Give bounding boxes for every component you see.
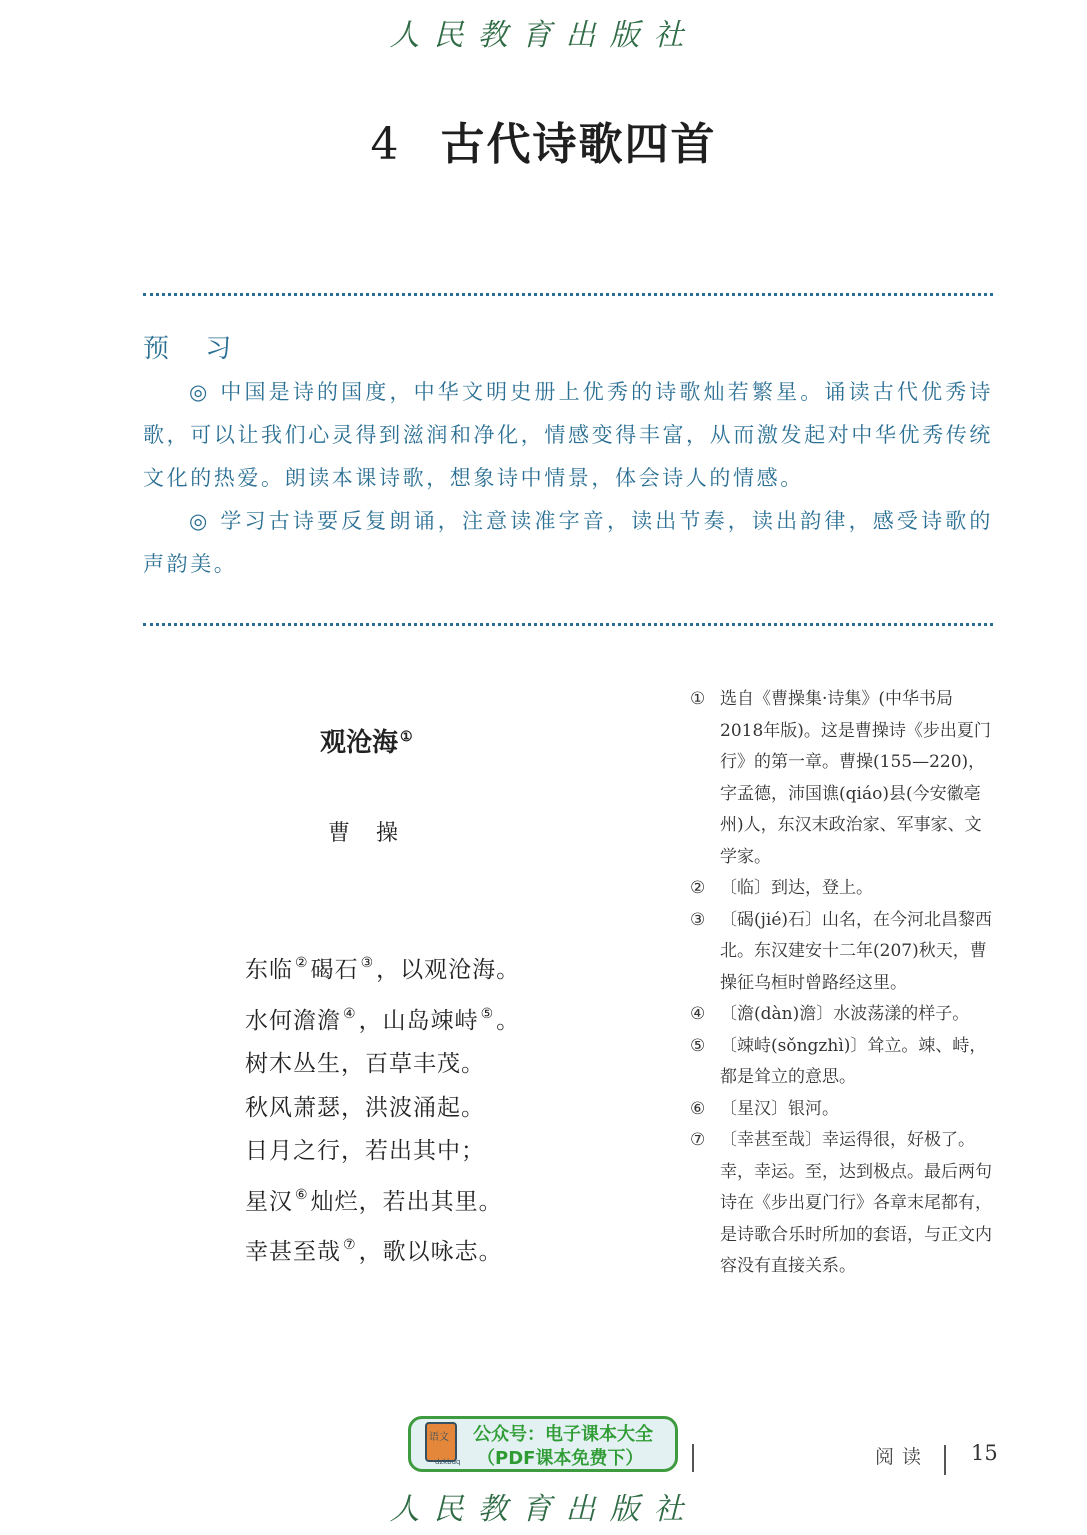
badge-icon-caption: dzkbdq [435, 1458, 461, 1466]
preview-paragraph: ◎ 学习古诗要反复朗诵，注意读准字音，读出节奏，读出韵律，感受诗歌的声韵美。 [143, 500, 993, 586]
poem-text: ，山岛竦峙 [359, 1008, 479, 1034]
poem-text: 秋风萧瑟，洪波涌起。 [245, 1095, 485, 1121]
footnote-item: ⑦〔幸甚至哉〕幸运得很，好极了。幸，幸运。至，达到极点。最后两句诗在《步出夏门行… [690, 1125, 998, 1283]
footer-divider [944, 1445, 946, 1475]
poem-line: 水何澹澹④，山岛竦峙⑤。 [245, 993, 520, 1044]
chapter-number: 4 [371, 119, 401, 170]
publisher-logo: 人民教育出版社 [0, 10, 1087, 54]
preview-paragraph: ◎ 中国是诗的国度，中华文明史册上优秀的诗歌灿若繁星。诵读古代优秀诗歌，可以让我… [143, 371, 993, 500]
dotted-divider-bottom [143, 623, 993, 626]
footnote-marker: ④ [690, 999, 705, 1031]
poem-text: 灿烂，若出其里。 [311, 1189, 503, 1215]
footnote-text: 〔幸甚至哉〕幸运得很，好极了。幸，幸运。至，达到极点。最后两句诗在《步出夏门行》… [720, 1130, 992, 1276]
footnote-ref[interactable]: ⑦ [343, 1237, 357, 1253]
footnotes: ①选自《曹操集·诗集》(中华书局 2018年版)。这是曹操诗《步出夏门行》的第一… [690, 684, 998, 1283]
footnote-item: ③〔碣(jié)石〕山名，在今河北昌黎西北。东汉建安十二年(207)秋天，曹操征… [690, 905, 998, 1000]
footnote-item: ⑥〔星汉〕银河。 [690, 1094, 998, 1126]
footnote-text: 〔竦峙(sǒngzhì)〕耸立。竦、峙，都是耸立的意思。 [720, 1036, 986, 1088]
badge-line1: 公众号：电子课本大全 [473, 1420, 653, 1446]
footnote-text: 〔临〕到达，登上。 [720, 878, 873, 898]
footnote-marker: ⑥ [690, 1094, 705, 1126]
footnote-ref[interactable]: ① [400, 729, 413, 745]
footnote-text: 〔星汉〕银河。 [720, 1099, 839, 1119]
poem-text: 树木丛生，百草丰茂。 [245, 1051, 485, 1077]
poem-line: 日月之行，若出其中； [245, 1130, 520, 1174]
chapter-title-text: 古代诗歌四首 [441, 119, 717, 170]
wechat-promo-badge[interactable]: 语文 dzkbdq 公众号：电子课本大全 （PDF课本免费下） [408, 1416, 678, 1472]
badge-divider [692, 1444, 694, 1472]
poem-text: 东临 [245, 957, 293, 983]
badge-line2: （PDF课本免费下） [477, 1444, 643, 1470]
footnote-marker: ⑦ [690, 1125, 705, 1157]
poem-line: 秋风萧瑟，洪波涌起。 [245, 1087, 520, 1131]
poem-text: 星汉 [245, 1189, 293, 1215]
footnote-ref[interactable]: ⑤ [481, 1006, 495, 1022]
footnote-ref[interactable]: ⑥ [295, 1187, 309, 1203]
chapter-title: 4古代诗歌四首 [0, 108, 1087, 172]
footnote-marker: ③ [690, 905, 705, 937]
footnote-ref[interactable]: ② [295, 955, 309, 971]
publisher-logo-footer: 人民教育出版社 [0, 1484, 1087, 1528]
footnote-ref[interactable]: ④ [343, 1006, 357, 1022]
footnote-item: ④〔澹(dàn)澹〕水波荡漾的样子。 [690, 999, 998, 1031]
footnote-item: ①选自《曹操集·诗集》(中华书局 2018年版)。这是曹操诗《步出夏门行》的第一… [690, 684, 998, 873]
page-number: 15 [971, 1441, 998, 1465]
footnote-marker: ① [690, 684, 705, 716]
poem-text: 日月之行，若出其中； [245, 1138, 485, 1164]
poem-line: 幸甚至哉⑦，歌以咏志。 [245, 1224, 520, 1275]
poem-lines: 东临②碣石③，以观沧海。水何澹澹④，山岛竦峙⑤。树木丛生，百草丰茂。秋风萧瑟，洪… [245, 942, 520, 1275]
footnote-marker: ⑤ [690, 1031, 705, 1063]
preview-section: 预 习 ◎ 中国是诗的国度，中华文明史册上优秀的诗歌灿若繁星。诵读古代优秀诗歌，… [143, 328, 993, 586]
poem-text: 碣石 [311, 957, 359, 983]
poem-line: 星汉⑥灿烂，若出其里。 [245, 1174, 520, 1225]
footnote-text: 〔碣(jié)石〕山名，在今河北昌黎西北。东汉建安十二年(207)秋天，曹操征乌… [720, 910, 992, 993]
footnote-item: ②〔临〕到达，登上。 [690, 873, 998, 905]
poem-text: 幸甚至哉 [245, 1239, 341, 1265]
preview-heading: 预 习 [143, 328, 993, 365]
footnote-text: 选自《曹操集·诗集》(中华书局 2018年版)。这是曹操诗《步出夏门行》的第一章… [720, 689, 991, 867]
poem-text: 。 [496, 1008, 520, 1034]
footnote-item: ⑤〔竦峙(sǒngzhì)〕耸立。竦、峙，都是耸立的意思。 [690, 1031, 998, 1094]
footnote-text: 〔澹(dàn)澹〕水波荡漾的样子。 [720, 1004, 969, 1024]
poem-title-text: 观沧海 [320, 728, 398, 758]
footnote-marker: ② [690, 873, 705, 905]
footnote-ref[interactable]: ③ [361, 955, 375, 971]
poem-text: 水何澹澹 [245, 1008, 341, 1034]
poem-line: 东临②碣石③，以观沧海。 [245, 942, 520, 993]
poem-author: 曹操 [328, 816, 424, 847]
poem-line: 树木丛生，百草丰茂。 [245, 1043, 520, 1087]
poem-text: ，歌以咏志。 [359, 1239, 503, 1265]
footer-section-label: 阅读 [875, 1442, 929, 1469]
poem-title: 观沧海① [320, 722, 415, 759]
poem-text: ，以观沧海。 [376, 957, 520, 983]
dotted-divider-top [143, 293, 993, 296]
ebook-tablet-icon: 语文 [425, 1422, 457, 1462]
